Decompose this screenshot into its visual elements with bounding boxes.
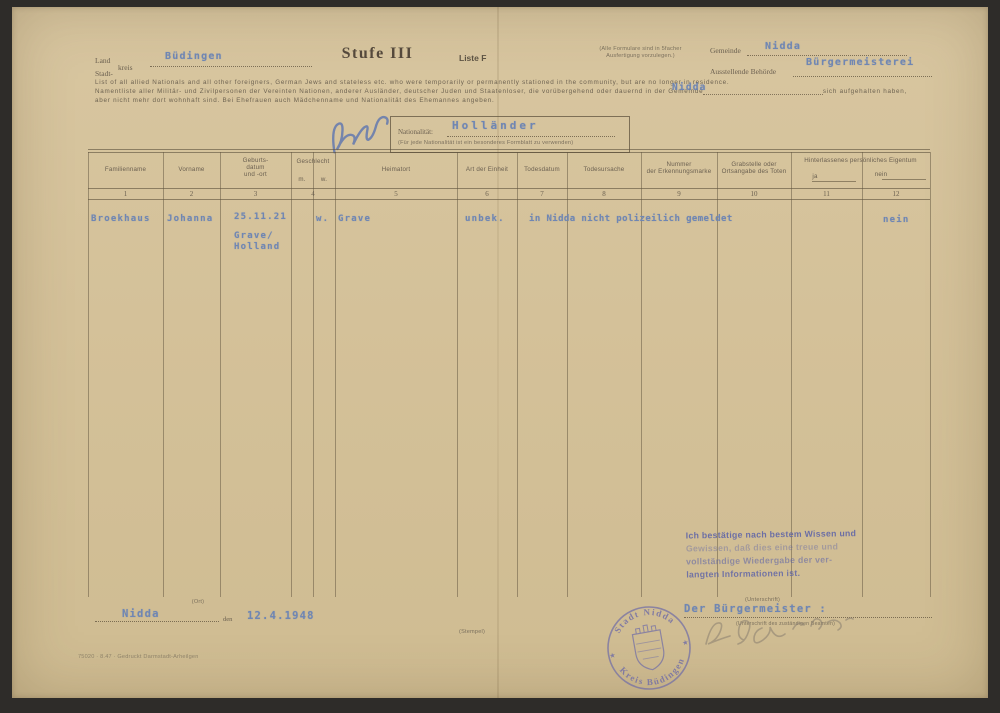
behoerde-dotted-line xyxy=(793,76,932,77)
behoerde-value: Bürgermeisterei xyxy=(806,57,914,68)
col-number: 7 xyxy=(517,190,567,198)
col-header-familienname: Familienname xyxy=(88,166,163,173)
gemeinde-label: Gemeinde xyxy=(710,46,741,55)
intro-gemeinde-value: Nidda xyxy=(672,82,707,93)
table-vline xyxy=(930,152,931,597)
table-top-line-outer xyxy=(88,149,930,150)
stamp-star-left: ★ xyxy=(609,652,617,660)
col-header-vorname: Vorname xyxy=(163,166,220,173)
table-number-row-divider xyxy=(88,199,930,200)
intro-german-tail: sich aufgehalten haben, xyxy=(823,88,907,95)
col-subheader-w: w. xyxy=(313,176,335,183)
col-header-geschlecht: Geschlecht xyxy=(291,158,335,165)
intro-line-german-2: aber nicht mehr dort wohnhaft sind. Bei … xyxy=(95,97,907,104)
intro-dotted-fill xyxy=(703,88,823,95)
gemeinde-dotted-line xyxy=(747,55,907,56)
nationality-value: Holländer xyxy=(452,119,539,132)
paper-fold-crease xyxy=(497,7,499,698)
col-number: 2 xyxy=(163,190,220,198)
row-geburtsort-line1: Grave/ xyxy=(234,231,274,241)
stamp-star-right: ★ xyxy=(682,639,690,647)
col-number: 6 xyxy=(457,190,517,198)
row-eigentum: nein xyxy=(883,215,909,225)
nationality-label: Nationalität: xyxy=(398,128,433,136)
ja-underline xyxy=(812,181,856,182)
col-header-eigentum-group: Hinterlassenes persönliches Eigentum xyxy=(791,157,930,164)
table-vline-gender-sub xyxy=(313,152,314,597)
row-familienname: Broekhaus xyxy=(91,214,151,224)
col-number: 9 xyxy=(641,190,717,198)
nein-underline xyxy=(882,179,926,180)
liste-label: Liste F xyxy=(459,53,486,63)
col-header-heimatort: Heimatort xyxy=(335,166,457,173)
col-number: 10 xyxy=(717,190,791,198)
table-header-divider xyxy=(88,188,930,189)
row-geburtsort-line2: Holland xyxy=(234,242,280,252)
col-subheader-nein: nein xyxy=(864,171,898,178)
col-number: 12 xyxy=(862,190,930,198)
form-title: Stufe III xyxy=(330,45,425,63)
ort-value: Nidda xyxy=(122,608,160,620)
row-geburtsdatum: 25.11.21 xyxy=(234,212,287,222)
land-label: Land xyxy=(95,56,110,65)
col-number: 1 xyxy=(88,190,163,198)
nationality-note: (Für jede Nationalität ist ein besondere… xyxy=(398,140,622,146)
col-number: 8 xyxy=(567,190,641,198)
col-header-grabstelle: Grabstelle oder Ortsangabe des Toten xyxy=(717,161,791,175)
kreis-label: kreis xyxy=(118,63,133,72)
stamp-bottom-text: Kreis Büdingen xyxy=(617,654,690,692)
table-vline xyxy=(457,152,458,597)
row-vermerk: in Nidda nicht polizeilich gemeldet xyxy=(529,214,733,224)
col-header-geburtsdatum: Geburts- datum und -ort xyxy=(220,157,291,179)
col-header-art-der-einheit: Art der Einheit xyxy=(457,166,517,173)
signature-handwriting xyxy=(692,608,904,658)
col-number: 11 xyxy=(791,190,862,198)
stadt-label: Stadt- xyxy=(95,69,113,78)
col-subheader-ja: ja xyxy=(795,173,835,180)
den-label: den xyxy=(223,616,232,623)
municipal-round-stamp: Stadt Nidda Kreis Büdingen ★ ★ xyxy=(593,592,704,703)
col-number: 3 xyxy=(220,190,291,198)
table-vline xyxy=(163,152,164,597)
col-number: 5 xyxy=(335,190,457,198)
ort-dotted-line xyxy=(95,621,219,622)
datum-value: 12.4.1948 xyxy=(247,610,315,622)
col-header-erkennungsmarke: Nummer der Erkennungsmarke xyxy=(641,161,717,175)
kreis-value: Büdingen xyxy=(165,51,223,62)
ort-label: (Ort) xyxy=(178,599,218,605)
table-vline xyxy=(220,152,221,597)
col-header-todesdatum: Todesdatum xyxy=(517,166,567,173)
nationality-dotted-line xyxy=(447,136,615,137)
copies-note-line1: (Alle Formulare sind in 5facher xyxy=(578,46,703,52)
row-vorname: Johanna xyxy=(167,214,213,224)
gemeinde-value: Nidda xyxy=(765,41,801,52)
kreis-dotted-line xyxy=(150,66,312,67)
scanned-document-page: Land kreis Stadt- Büdingen Stufe III Lis… xyxy=(0,0,1000,713)
print-imprint: 75020 · 8.47 · Gedruckt Darmstadt-Arheil… xyxy=(78,654,199,660)
row-heimatort: Grave xyxy=(338,214,371,224)
intro-line-german-1: Namentliste aller Militär- und Zivilpers… xyxy=(95,88,907,95)
col-subheader-m: m. xyxy=(291,176,313,183)
col-number: 4 xyxy=(291,190,335,198)
row-art-der-einheit: unbek. xyxy=(465,214,505,224)
table-vline xyxy=(88,152,89,597)
table-vline xyxy=(291,152,292,597)
intro-line-english: List of all allied Nationals and all oth… xyxy=(95,79,907,86)
table-top-line-inner xyxy=(88,152,930,153)
col-header-todesursache: Todesursache xyxy=(567,166,641,173)
table-vline xyxy=(517,152,518,597)
table-vline xyxy=(335,152,336,597)
paper-sheet xyxy=(12,7,988,698)
copies-note-line2: Ausfertigung vorzulegen.) xyxy=(578,53,703,59)
certification-stamp: Ich bestätige nach bestem Wissen und Gew… xyxy=(686,527,902,582)
behoerde-label: Ausstellende Behörde xyxy=(710,67,776,76)
row-geschlecht: w. xyxy=(316,214,329,224)
stempel-label: (Stempel) xyxy=(459,629,485,635)
